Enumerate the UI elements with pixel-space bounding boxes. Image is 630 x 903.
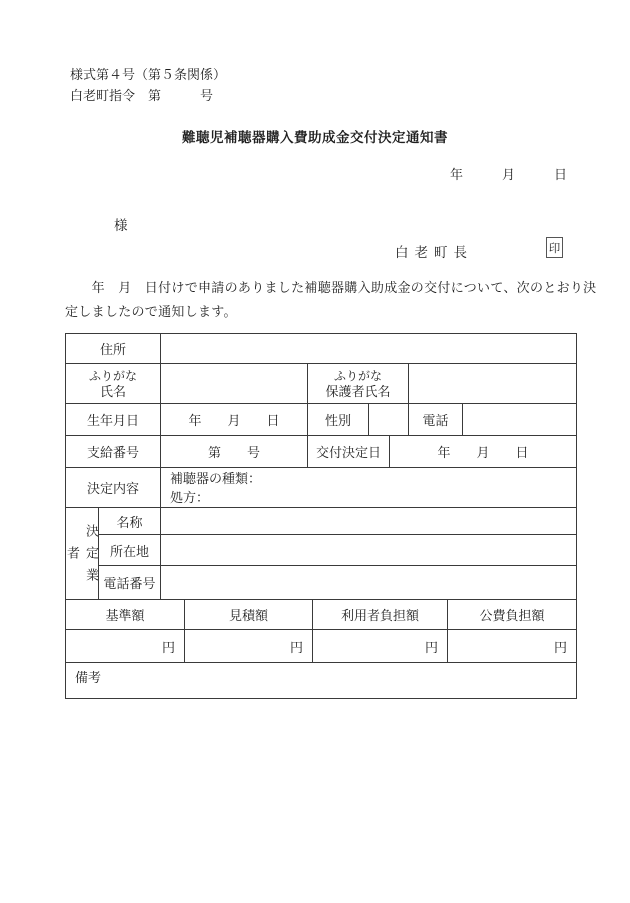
table-row-address: 住所 xyxy=(66,334,576,364)
prescription-line: 処方： xyxy=(170,488,261,507)
body-line-1: 年 月 日付けで申請のありました補聴器購入助成金の交付について、次のとおり決 xyxy=(65,276,596,300)
vendor-phone-label: 電話番号 xyxy=(99,566,161,599)
remarks-field: 備考 xyxy=(66,663,576,698)
vendor-address-field xyxy=(161,535,576,565)
address-field xyxy=(161,334,576,363)
guardian-name-label: ふりがな 保護者氏名 xyxy=(308,364,409,403)
vendor-name-label: 名称 xyxy=(99,508,161,534)
phone-field xyxy=(463,404,576,435)
public-burden-header: 公費負担額 xyxy=(448,600,576,629)
vendor-phone-row: 電話番号 xyxy=(99,566,576,599)
directive-number-line: 白老町指令 第 号 xyxy=(70,85,213,104)
issue-date-line: 年 月 日 xyxy=(450,164,567,183)
decision-content-label: 決定内容 xyxy=(66,468,161,507)
public-burden-field: 円 xyxy=(448,630,576,662)
phone-label: 電話 xyxy=(409,404,463,435)
document-page: 様式第４号（第５条関係） 白老町指令 第 号 難聴児補聴器購入費助成金交付決定通… xyxy=(0,0,630,903)
sex-field xyxy=(369,404,409,435)
child-name-field xyxy=(161,364,308,403)
table-row-amount-values: 円 円 円 円 xyxy=(66,630,576,663)
user-burden-field: 円 xyxy=(313,630,448,662)
table-row-remarks: 備考 xyxy=(66,663,576,698)
vendor-label: 決定業者 xyxy=(66,508,99,599)
vendor-name-row: 名称 xyxy=(99,508,576,535)
vendor-address-label: 所在地 xyxy=(99,535,161,565)
estimate-amount-header: 見積額 xyxy=(185,600,313,629)
body-paragraph: 年 月 日付けで申請のありました補聴器購入助成金の交付について、次のとおり決 定… xyxy=(65,276,596,323)
table-row-vendor: 決定業者 名称 所在地 電話番号 xyxy=(66,508,576,600)
addressee-honorific: 様 xyxy=(114,214,128,234)
decision-date-label: 交付決定日 xyxy=(308,436,390,467)
decision-date-field: 年 月 日 xyxy=(390,436,576,467)
guardian-name-field xyxy=(409,364,576,403)
vendor-name-field xyxy=(161,508,576,534)
issuer-name: 白老町長 xyxy=(395,241,473,261)
name-label-text: 氏名 xyxy=(100,384,126,400)
birthdate-field: 年 月 日 xyxy=(161,404,308,435)
seal-box: 印 xyxy=(546,237,563,258)
table-row-name: ふりがな 氏名 ふりがな 保護者氏名 xyxy=(66,364,576,404)
document-title: 難聴児補聴器購入費助成金交付決定通知書 xyxy=(0,126,630,146)
base-amount-field: 円 xyxy=(66,630,185,662)
table-row-amount-headers: 基準額 見積額 利用者負担額 公費負担額 xyxy=(66,600,576,630)
vendor-phone-field xyxy=(161,566,576,599)
vendor-label-text: 決定業者 xyxy=(66,508,99,599)
birthdate-label: 生年月日 xyxy=(66,404,161,435)
guardian-name-label-text: 保護者氏名 xyxy=(325,384,390,400)
guardian-furigana-label: ふりがな xyxy=(334,368,382,384)
address-label: 住所 xyxy=(66,334,161,363)
grant-number-field: 第 号 xyxy=(161,436,308,467)
user-burden-header: 利用者負担額 xyxy=(313,600,448,629)
table-row-grant-number: 支給番号 第 号 交付決定日 年 月 日 xyxy=(66,436,576,468)
table-row-birthdate: 生年月日 年 月 日 性別 電話 xyxy=(66,404,576,436)
vendor-subrows: 名称 所在地 電話番号 xyxy=(99,508,576,599)
form-number-line: 様式第４号（第５条関係） xyxy=(70,64,226,83)
grant-number-label: 支給番号 xyxy=(66,436,161,467)
estimate-amount-field: 円 xyxy=(185,630,313,662)
base-amount-header: 基準額 xyxy=(66,600,185,629)
hearing-aid-type-line: 補聴器の種類： xyxy=(170,469,261,488)
furigana-label: ふりがな xyxy=(89,368,137,384)
table-row-decision-content: 決定内容 補聴器の種類： 処方： xyxy=(66,468,576,508)
name-label: ふりがな 氏名 xyxy=(66,364,161,403)
decision-content-field: 補聴器の種類： 処方： xyxy=(161,468,576,507)
decision-table: 住所 ふりがな 氏名 ふりがな 保護者氏名 生年月日 年 月 日 性別 電話 xyxy=(65,333,577,699)
body-line-2: 定しましたので通知します。 xyxy=(65,300,596,324)
vendor-address-row: 所在地 xyxy=(99,535,576,566)
sex-label: 性別 xyxy=(308,404,369,435)
